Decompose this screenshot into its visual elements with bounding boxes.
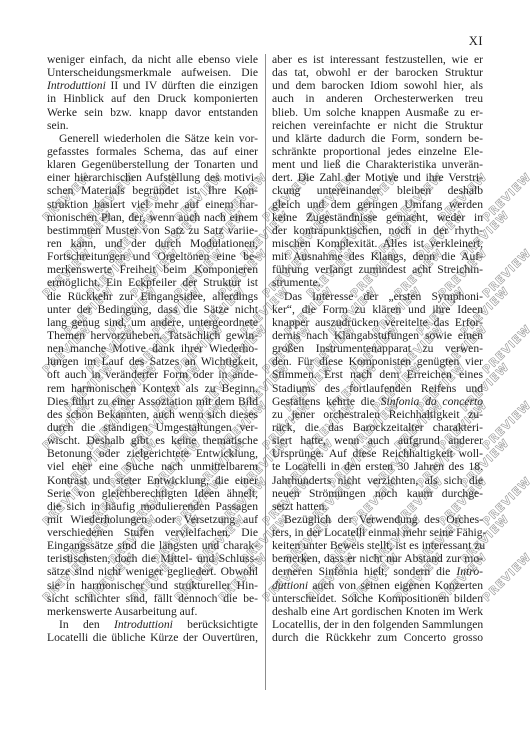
text-line: schränkte proportional jedes einzelne El…	[272, 145, 483, 158]
text-line: setzt hatten.	[272, 500, 483, 513]
text-line: Themen hervorzuheben. Tatsächlich gewin-	[47, 329, 258, 342]
text-line: merkenswerte Ausarbeitung auf.	[47, 605, 258, 618]
text-line: der kontrapunktischen, noch in der rhyth…	[272, 224, 483, 237]
text-line: durch die ständigen Umgestaltungen ver-	[47, 421, 258, 434]
text-line: klaren Gegenüberstellung der Tonarten un…	[47, 158, 258, 171]
text-line: ren kann, und der durch Modulationen,	[47, 237, 258, 250]
text-line: und dem barocken Idiom sowohl hier, als	[272, 79, 483, 92]
text-line: Bezüglich der Verwendung des Orches-	[272, 513, 483, 526]
text-line: Eingangssätze sind die längsten und char…	[47, 539, 258, 552]
text-line: den. Für diese Komponisten genügten vier	[272, 355, 483, 368]
italic-title: Intro-	[456, 565, 483, 578]
text-line: Locatelli die übliche Kürze der Ouvertür…	[47, 631, 258, 644]
italic-title: Introduttioni	[47, 79, 106, 92]
text-line: dert. Die Zahl der Motive und ihre Verst…	[272, 171, 483, 184]
text-line: In den Introduttioni berücksichtigte	[47, 618, 258, 631]
text-line: des schon Bekannten, auch wenn sich dies…	[47, 408, 258, 421]
text-line: großen Instrumentenapparat zu verwen-	[272, 342, 483, 355]
text-line: führung verlangt zumindest acht Streichi…	[272, 263, 483, 276]
text-line: lang genug sind, um andere, untergeordne…	[47, 316, 258, 329]
text-line: sicht schlichter sind, fällt dennoch die…	[47, 592, 258, 605]
text-line: Fortschreitungen und Orgeltönen eine be-	[47, 250, 258, 263]
text-line: einer hierarchischen Aufstellung des mot…	[47, 171, 258, 184]
text-line: und klärte dadurch die Form, sondern be-	[272, 132, 483, 145]
text-line: mit Wiederholungen oder Versetzung auf	[47, 513, 258, 526]
text-line: aber es ist interessant festzustellen, w…	[272, 53, 483, 66]
italic-title: Introduttioni	[114, 618, 173, 631]
text-line: unterscheidet. Solche Kompositionen bild…	[272, 592, 483, 605]
text-line: Betonung oder zielgerichtete Entwicklung…	[47, 447, 258, 460]
text-line: gefasstes formales Schema, das auf einer	[47, 145, 258, 158]
text-line: keiten unter Beweis stellt, ist es inter…	[272, 539, 483, 552]
text-line: duttioni auch von seinen eigenen Konzert…	[272, 579, 483, 592]
text-line: in Hinblick auf den Druck komponierten	[47, 92, 258, 105]
text-line: Gestaltens kehrte die Sinfonia da concer…	[272, 395, 483, 408]
text-column-right: aber es ist interessant festzustellen, w…	[272, 53, 483, 644]
text-line: Ursprünge. Auf diese Reichhaltigkeit wol…	[272, 447, 483, 460]
text-line: blieb. Um solche knappen Ausmaße zu er-	[272, 106, 483, 119]
text-line: Das Interesse der „ersten Symphoni-	[272, 290, 483, 303]
text-line: struktion basiert viel mehr auf einem ha…	[47, 198, 258, 211]
watermark-text: PREVIEW	[480, 398, 530, 452]
page-number: XI	[469, 34, 483, 49]
text-line: Stimmen. Erst nach dem Erreichen eines	[272, 368, 483, 381]
text-line: ment und ließ die Charakteristika unverä…	[272, 158, 483, 171]
text-line: ker“, die Form zu klären und ihre Ideen	[272, 303, 483, 316]
text-line: die sich in häufig modulierenden Passage…	[47, 500, 258, 513]
text-line: unter der Bedingung, dass die Sätze nich…	[47, 303, 258, 316]
watermark-text: PREVIEW	[480, 474, 530, 528]
text-line: merkenswerte Freiheit beim Komponieren	[47, 263, 258, 276]
italic-title: Sinfonia da concerto	[381, 395, 483, 408]
text-line: das tat, obwohl er der barocken Struktur	[272, 66, 483, 79]
text-line: bemerken, dass er nicht nur Abstand zur …	[272, 552, 483, 565]
text-line: durch die Rückkehr zum Concerto grosso	[272, 631, 483, 644]
text-line: Serie von gleichberechtigten Ideen ähnel…	[47, 487, 258, 500]
text-line: viel eher eine Suche nach unmittelbarem	[47, 460, 258, 473]
watermark-text: PREVIEW	[480, 246, 530, 300]
text-line: Introduttioni II und IV dürften die einz…	[47, 79, 258, 92]
text-line: reichen vereinfachte er nicht die Strukt…	[272, 119, 483, 132]
text-line: dernis nach Klangabstufungen sowie einen	[272, 329, 483, 342]
text-line: zu jener orchestralen Reichhaltigkeit zu…	[272, 408, 483, 421]
column-divider	[265, 54, 266, 690]
text-line: strumente.	[272, 276, 483, 289]
text-line: ckung untereinander bleiben deshalb	[272, 184, 483, 197]
text-line: neuen Strömungen noch kaum durchge-	[272, 487, 483, 500]
text-line: Generell wiederholen die Sätze kein vor-	[47, 132, 258, 145]
text-line: sein.	[47, 119, 258, 132]
text-line: mischen Komplexität. Alles ist verkleine…	[272, 237, 483, 250]
text-line: gleich und dem geringen Umfang werden	[272, 198, 483, 211]
text-line: Jahrhunderts nicht verzichten, als sich …	[272, 474, 483, 487]
text-line: Kontrast und steter Entwicklung, die ein…	[47, 474, 258, 487]
watermark-text: PREVIEW	[480, 550, 530, 604]
text-line: nen manche Motive dank ihrer Wiederho-	[47, 342, 258, 355]
text-line: wischt. Deshalb gibt es keine thematisch…	[47, 434, 258, 447]
italic-title: duttioni	[272, 579, 308, 592]
text-line: siert hatte, wenn auch aufgrund anderer	[272, 434, 483, 447]
text-line: lungen im Lauf des Satzes an Wichtigkeit…	[47, 355, 258, 368]
text-line: sie in harmonischer und struktureller Hi…	[47, 579, 258, 592]
text-line: ters, in der Locatelli einmal mehr seine…	[272, 526, 483, 539]
text-line: deshalb eine Art gordischen Knoten im We…	[272, 605, 483, 618]
text-line: verschiedenen Stufen vervielfachen. Die	[47, 526, 258, 539]
text-line: ermöglicht. Ein Eckpfeiler der Struktur …	[47, 276, 258, 289]
text-line: monischen Plan, der, wenn auch nach eine…	[47, 211, 258, 224]
text-line: Unterscheidungsmerkmale aufweisen. Die	[47, 66, 258, 79]
text-line: Werke sein bzw. knapp davor entstanden	[47, 106, 258, 119]
text-line: Dies führt zu einer Assoziation mit dem …	[47, 395, 258, 408]
text-line: bestimmten Muster von Satz zu Satz varii…	[47, 224, 258, 237]
text-line: die Rückkehr zur Eingangsidee, allerding…	[47, 290, 258, 303]
text-line: Stadiums des fortlaufenden Reifens und	[272, 382, 483, 395]
text-line: auch in anderen Orchesterwerken treu	[272, 92, 483, 105]
text-line: keine Zugeständnisse gemacht, weder in	[272, 211, 483, 224]
text-line: derneren Sinfonia hielt, sondern die Int…	[272, 565, 483, 578]
text-line: weniger einfach, da nicht alle ebenso vi…	[47, 53, 258, 66]
text-line: rück, die das Barockzeitalter charakteri…	[272, 421, 483, 434]
watermark-text: PREVIEW	[480, 322, 530, 376]
text-line: mit Ausnahme des Klangs, denn die Auf-	[272, 250, 483, 263]
watermark-text: PREVIEW	[480, 170, 530, 224]
text-line: schen Materials begründet ist. Ihre Kon-	[47, 184, 258, 197]
text-line: knapper auszudrücken vereitelte das Erfo…	[272, 316, 483, 329]
text-line: teristischsten, doch die Mittel- und Sch…	[47, 552, 258, 565]
text-line: rem harmonischen Kontext als zu Beginn.	[47, 382, 258, 395]
text-line: oft auch in veränderter Form oder in and…	[47, 368, 258, 381]
text-line: te Locatelli in den ersten 30 Jahren des…	[272, 460, 483, 473]
text-line: Locatellis, der in den folgenden Sammlun…	[272, 618, 483, 631]
text-column-left: weniger einfach, da nicht alle ebenso vi…	[47, 53, 258, 644]
text-line: sätze sind nicht weniger gegliedert. Obw…	[47, 565, 258, 578]
